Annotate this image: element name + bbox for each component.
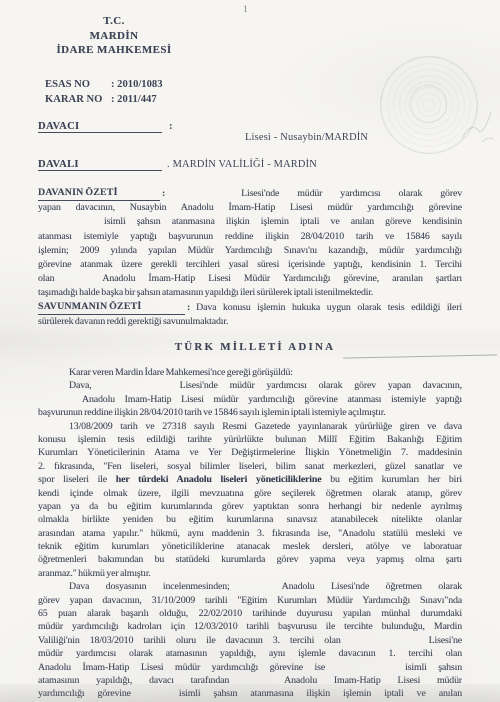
redaction-gap <box>229 682 284 683</box>
plaintiff-row: DAVACI: <box>38 121 173 133</box>
court-header: T.C. MARDİN İDARE MAHKEMESİ <box>40 14 188 58</box>
text-line: müdür yardımcısı olarak atamasının yapıl… <box>38 647 462 660</box>
redaction-gap <box>54 280 102 281</box>
redaction-gap <box>38 374 69 375</box>
plaintiff-label: DAVACI <box>38 121 162 133</box>
redaction-gap <box>325 669 405 670</box>
plaintiff-colon: : <box>169 121 173 132</box>
text-line: Anadolu Imam-Hatip Lisesi müdür yardımcı… <box>38 393 462 406</box>
esas-no-value: : 2010/1083 <box>111 79 163 90</box>
court-header-line1: T.C. <box>40 14 188 29</box>
redaction-gap <box>230 588 282 589</box>
case-summary-colon: : <box>162 187 165 201</box>
section-label-line: DAVANIN ÖZETİ: Lisesi'nde müdür yardımcı… <box>38 187 462 201</box>
section-label-line: SAVUNMANIN ÖZETİ: Dava konusu işlemin hu… <box>38 301 462 315</box>
karar-no-row: KARAR NO: 2011/447 <box>45 92 163 107</box>
redaction-gap <box>38 401 82 402</box>
redaction-gap <box>38 223 104 224</box>
redaction-gap <box>38 428 69 429</box>
text-line: başvurunun reddine ilişkin 28/04/2010 ta… <box>38 406 462 419</box>
text-line: olanAnadolu İmam-Hatip Lisesi Müdür Yard… <box>38 272 462 286</box>
text-line: görev yapan davacının, 31/10/2009 tarihl… <box>38 594 462 607</box>
plaintiff-school-line: Lisesi - Nusaybin/MARDİN <box>245 132 368 143</box>
text-line: teknik eğitim kurumları yöneticiliklerin… <box>38 540 462 553</box>
case-summary-label: DAVANIN ÖZETİ <box>38 187 160 201</box>
case-summary-body: yapan davacının, Nusaybin Anadolu İmam-H… <box>38 201 462 300</box>
text-line: yapan davacının, Nusaybin Anadolu İmam-H… <box>38 201 462 215</box>
redaction-gap <box>131 695 179 696</box>
text-line: isimli şahsın atanmasına ilişkin işlemin… <box>38 215 462 229</box>
decision-heading: TÜRK MİLLETİ ADINA <box>38 341 462 353</box>
text-line: Dava konusu işlemin hukuka uygun olarak … <box>196 301 462 315</box>
defendant-row: DAVALI. MARDİN VALİLİĞİ - MARDİN <box>38 159 317 171</box>
pen-mark-line <box>343 354 497 359</box>
decision-body: Karar veren Mardin İdare Mahkemesi'nce g… <box>38 366 462 701</box>
text-line: Anadolu İmam-Hatip Lisesi müdür yardımcı… <box>38 661 462 674</box>
defense-summary-body: sürülerek davanın reddi gerektiği savunu… <box>38 315 462 329</box>
redaction-gap <box>92 387 180 388</box>
pen-squiggle-icon <box>458 98 500 156</box>
defendant-label: DAVALI <box>38 159 162 171</box>
text-line: aranmaz." hükmü yer almıştır. <box>38 567 462 580</box>
text-line: işlemin; 2009 yılında yapılan Müdür Yard… <box>38 244 462 258</box>
page-number: 1 <box>243 5 248 15</box>
text-line: müdür yardımcılığı kadroları için 12/03/… <box>38 620 462 633</box>
text-line: kendi içinde olmak üzere, ilgili mevzuat… <box>38 487 462 500</box>
document-page: 1 T.C. MARDİN İDARE MAHKEMESİ ESAS NO: 2… <box>0 0 500 702</box>
text-line: arasından atama yapılır." hükmü, aynı ma… <box>38 527 462 540</box>
text-line: Dava dosyasının incelenmesinden;Anadolu … <box>38 580 462 593</box>
defense-summary-label: SAVUNMANIN ÖZETİ <box>38 301 185 315</box>
text-line: görevine atanmak üzere gerekli tercihler… <box>38 258 462 272</box>
case-numbers: ESAS NO: 2010/1083 KARAR NO: 2011/447 <box>45 77 163 107</box>
text-line: 13/08/2009 tarih ve 27318 sayılı Resmi G… <box>38 420 462 433</box>
karar-no-value: : 2011/447 <box>111 94 157 105</box>
court-header-line2: MARDİN <box>40 29 188 44</box>
text-line: öğretmenleri bakımından bu statüdeki kur… <box>38 553 462 566</box>
text-line: atamasının yapıldığı, davacı tarafındanA… <box>38 674 462 687</box>
text-line: sürülerek davanın reddi gerektiği savunu… <box>38 315 462 329</box>
text-line: konusu işlemin tesis edildiği tarihte yü… <box>38 433 462 446</box>
text-line: taşımadığı halde başka bir şahsın atamas… <box>38 286 462 300</box>
redaction-gap <box>432 495 440 496</box>
defense-summary-colon: : <box>187 301 190 315</box>
esas-no-row: ESAS NO: 2010/1083 <box>45 77 163 92</box>
court-header-line3: İDARE MAHKEMESİ <box>40 43 188 58</box>
section-defense-summary: SAVUNMANIN ÖZETİ: Dava konusu işlemin hu… <box>38 301 462 329</box>
text-line: yapan ya da bu eğitim kurumlarında görev… <box>38 500 462 513</box>
redaction-gap <box>38 588 69 589</box>
court-stamp-inner-circle <box>407 82 450 125</box>
redaction-gap <box>341 642 429 643</box>
text-line: atanması istemiyle yaptığı başvurunun re… <box>38 230 462 244</box>
text-line: olmakla birlikte yeniden bu eğitim kurum… <box>38 513 462 526</box>
redaction-gap <box>38 387 69 388</box>
text-line: 65 puan alarak başarılı olduğu, 22/02/20… <box>38 607 462 620</box>
defendant-value: . MARDİN VALİLİĞİ - MARDİN <box>167 159 317 170</box>
redaction-gap <box>171 195 241 196</box>
karar-no-label: KARAR NO <box>45 92 111 107</box>
section-case-summary: DAVANIN ÖZETİ: Lisesi'nde müdür yardımcı… <box>38 187 462 301</box>
text-line: Valiliği'nin 18/03/2010 tarihli oluru il… <box>38 634 462 647</box>
esas-no-label: ESAS NO <box>45 77 111 92</box>
text-line: spor liseleri ile her türdeki Anadolu li… <box>38 473 462 486</box>
text-line: 2. fıkrasında, "Fen liseleri, sosyal bil… <box>38 460 462 473</box>
text-line: Lisesi'nde müdür yardımcısı olarak görev <box>171 187 462 201</box>
text-line: Kurumları Yöneticilerinin Atama ve Yer D… <box>38 446 462 459</box>
text-line: Karar veren Mardin İdare Mahkemesi'nce g… <box>38 366 462 379</box>
text-line: yardımcılığı görevineisimli şahsın atanm… <box>38 687 462 700</box>
text-line: Dava,Lisesi'nde müdür yardımcısı olarak … <box>38 379 462 392</box>
